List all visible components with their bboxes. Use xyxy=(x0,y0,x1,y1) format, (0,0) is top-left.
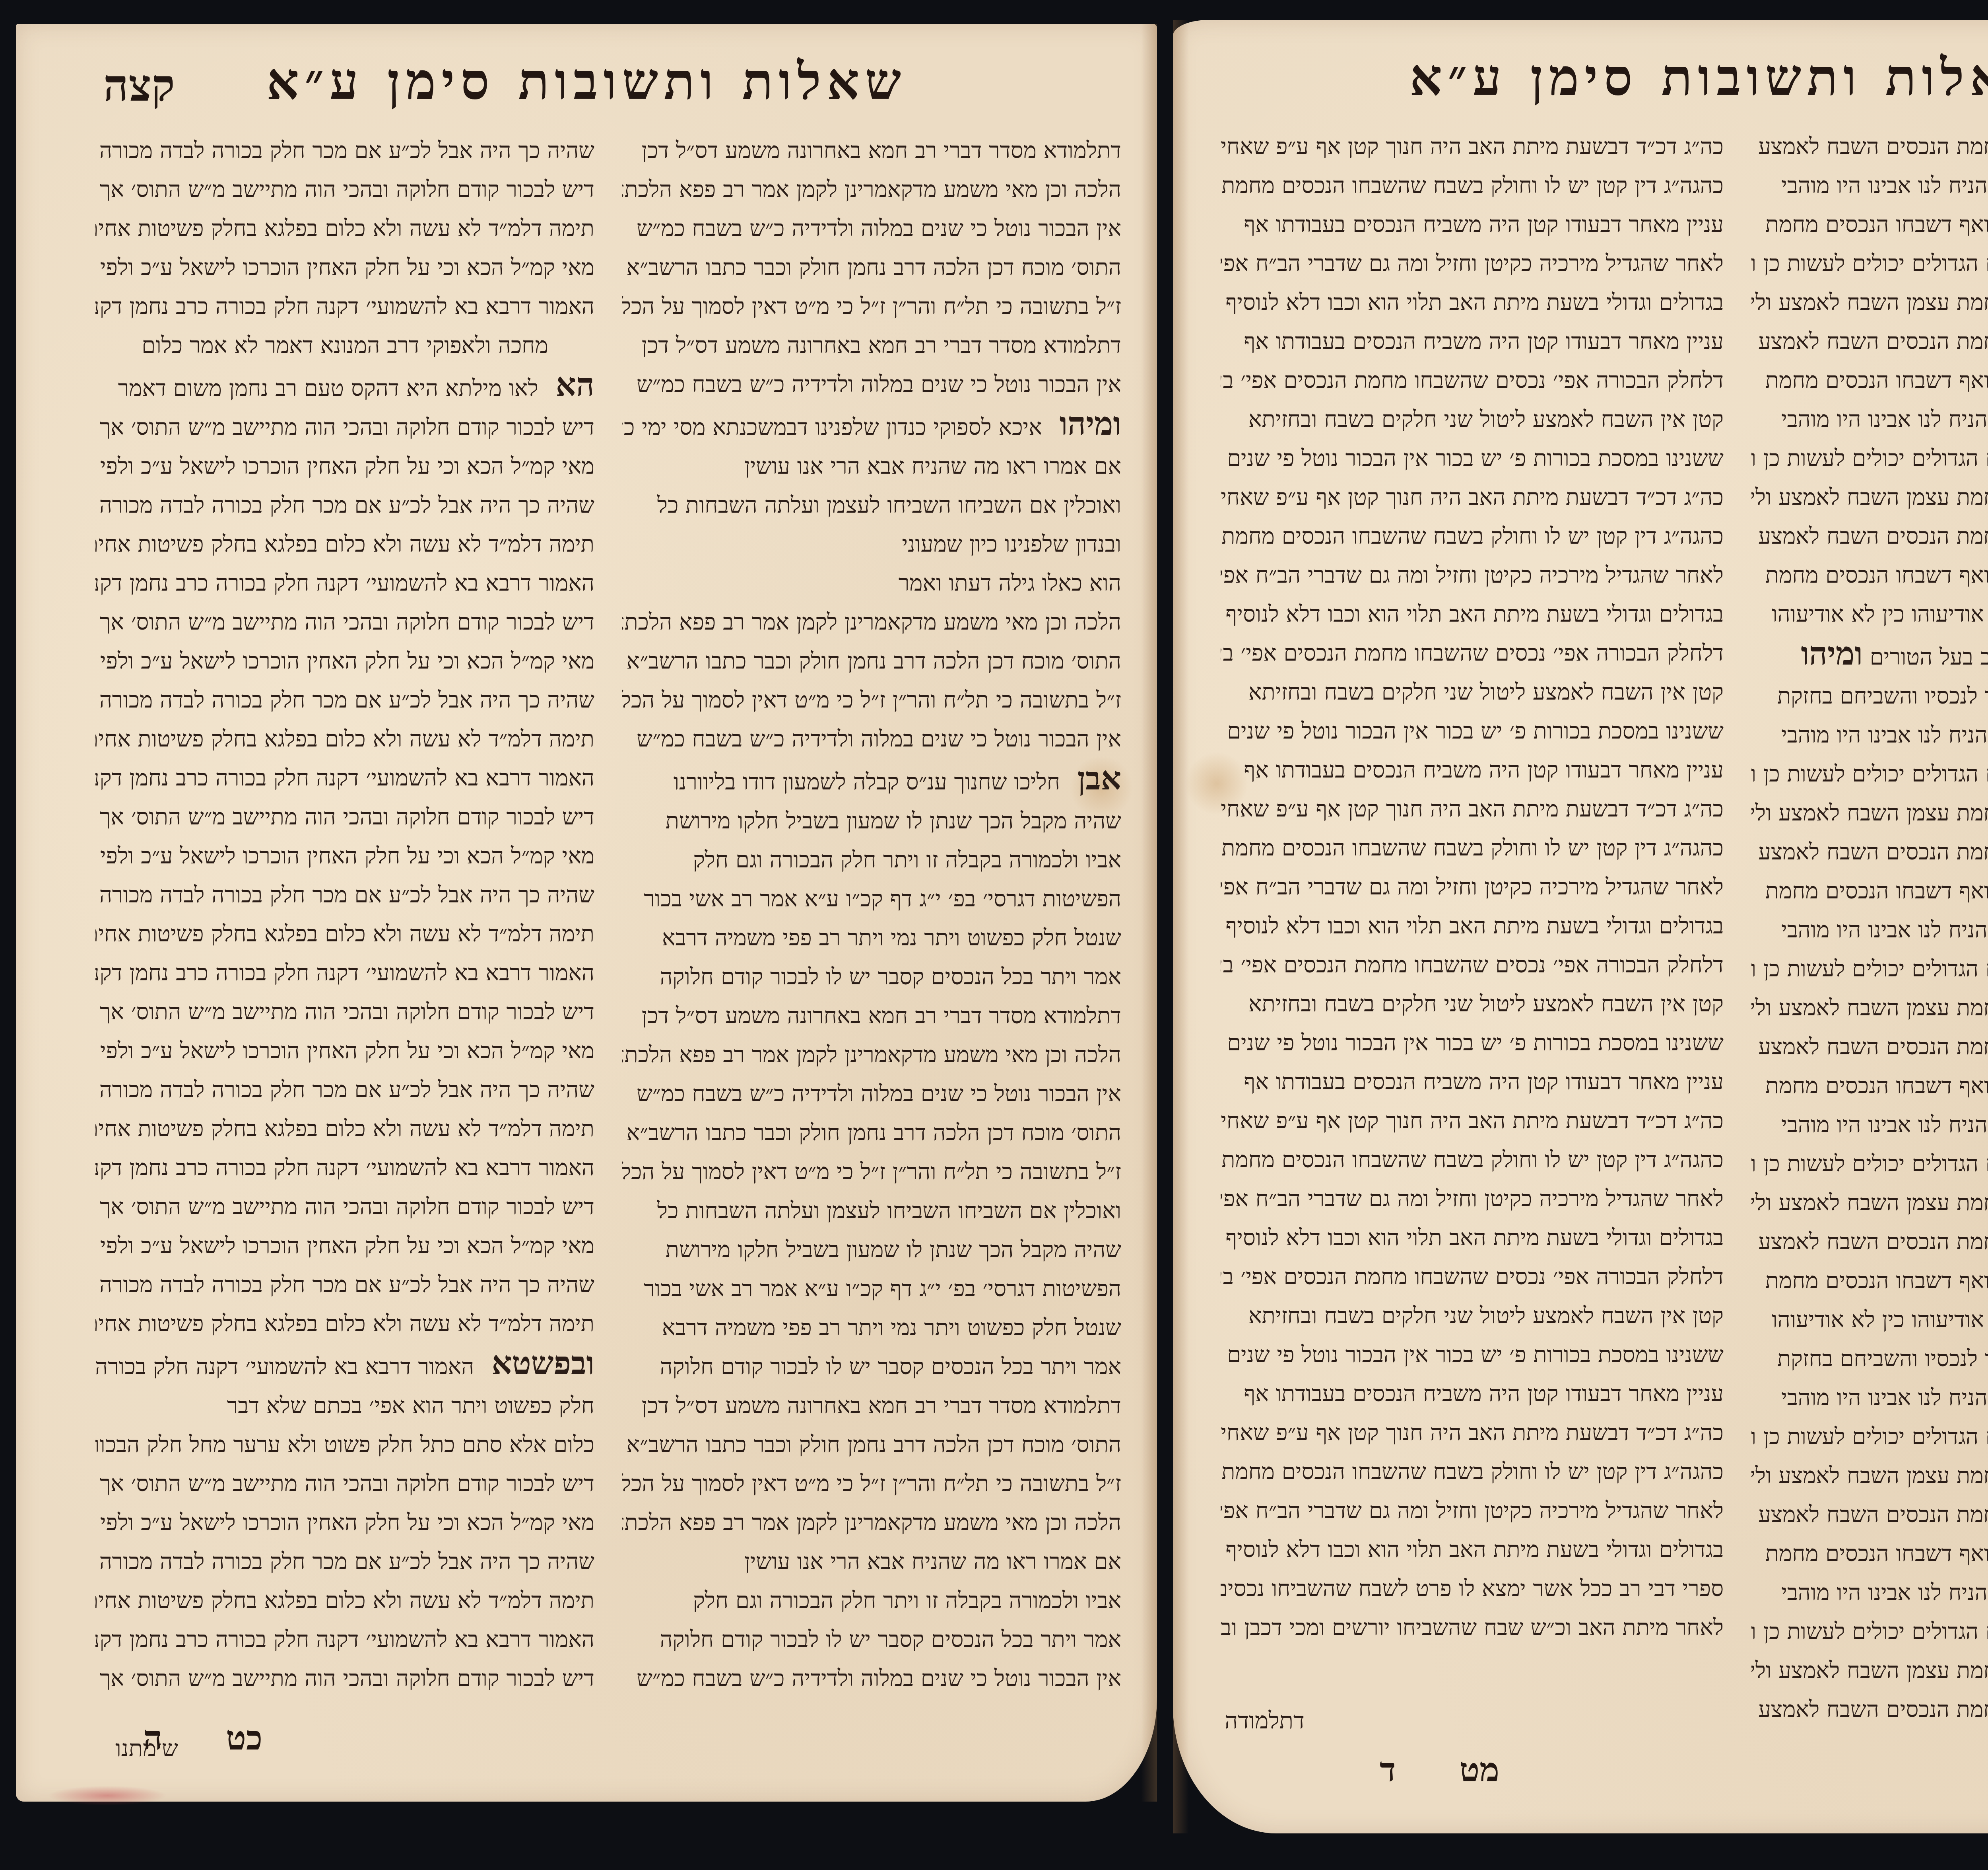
text-line: האמור דרבא בא להשמועי׳ דקנה חלק בכורה כר… xyxy=(95,759,594,798)
text-line: תימה דלמ״ד לא עשה ולא כלום בפלגא בחלק פש… xyxy=(95,915,594,954)
text-line: הקטנים מטכירים להם פועלים ואף דשבחו הנכס… xyxy=(1751,1067,1988,1106)
running-head: שאלות ותשובות סימן ע״א xyxy=(16,52,1157,111)
text-line: שנטל חלק כפשוט ויתר נמי ויתר רב פפי משמי… xyxy=(622,1308,1121,1347)
text-line: ואוכלין אם השביחו השביחו לעצמן ועלתה השב… xyxy=(622,486,1121,525)
text-line: תימה דלמ״ד לא עשה ולא כלום בפלגא בחלק פש… xyxy=(95,1110,594,1149)
section-lead-word: ומיהו xyxy=(1801,635,1863,672)
text-line: שהיה כך היה אבל לכ״ע אם מכר חלק בכורה לב… xyxy=(95,1542,594,1581)
text-line: דבגדולים וגדולים אפי׳ שבחו מחמת עצמן השב… xyxy=(1751,283,1988,322)
text-line: אין הבכור נוטל כי שנים במלוה ולדידיה כ״ש… xyxy=(622,720,1121,759)
text-line: מפני שאם היה לומר ראו מה שהניח לנו אבינו… xyxy=(1751,1573,1988,1612)
text-line: לאחר שהגדיל מירכיה כקיטן וחזיל ומה גם שד… xyxy=(1221,868,1724,907)
text-line: שהיה כך היה אבל לכ״ע אם מכר חלק בכורה לב… xyxy=(95,486,594,525)
text-line: אין הבכור נוטל כי שנים במלוה ולדידיה כ״ש… xyxy=(622,1075,1121,1114)
text-line: עצמן הטעם הוא מפני שאחיהם הגדולים יכולים… xyxy=(1751,1612,1988,1651)
text-line: שהיה מקבל הכך שנתן לו שמעון בשביל חלקו מ… xyxy=(622,802,1121,841)
text-line: לאחר שהגדיל מירכיה כקיטן וחזיל ומה גם שד… xyxy=(1221,556,1724,595)
text-line: מכיון שטעם דשבחו הנכסים מחמת הנכסים השבח… xyxy=(1751,833,1988,872)
text-line: דלחלק הבכורה אפי׳ נכסים שהשבחו מחמת הנכס… xyxy=(1221,946,1724,985)
text-line: ששנינו במסכת בכורות פ׳ יש בכור אין הבכור… xyxy=(1221,439,1724,478)
text-line: עצמן הטעם הוא מפני שאחיהם הגדולים יכולים… xyxy=(1751,1145,1988,1184)
text-line: הוא כאלו גילה דעתו ואמר xyxy=(622,564,1121,603)
text-line: הקטנים מטכירים להם פועלים ואף דשבחו הנכס… xyxy=(1751,205,1988,244)
running-head: שאלות ותשובות סימן ע״א xyxy=(1173,48,1988,107)
text-line: הלכה וכן מאי משמע מדקאמרינן לקמן אמר רב … xyxy=(622,603,1121,642)
text-line: אם אמרו ראו מה שהניח אבא הרי אנו עושין xyxy=(622,1542,1121,1581)
edge-discoloration xyxy=(48,1786,167,1806)
text-line: כה״ג דכ״ד דבשעת מיתת האב היה חנוך קטן אף… xyxy=(1221,1413,1724,1452)
text-line: מאי קמ״ל הכא וכי על חלק האחין הוכרכו ליש… xyxy=(95,642,594,681)
text-line: עצמן הטעם הוא מפני שאחיהם הגדולים יכולים… xyxy=(1751,950,1988,989)
text-line: דיש לבכור קודם חלוקה ובהכי הוה מתיישב מ״… xyxy=(95,170,594,209)
text-line: ז״ל בתשובה כי תל״ח והר״ן ז״ל כי מ״ט דאין… xyxy=(622,1153,1121,1192)
text-line: דבגדולים וגדולים אפי׳ שבחו מחמת עצמן השב… xyxy=(1751,1651,1988,1690)
text-line: עצמן הטעם הוא מפני שאחיהם הגדולים יכולים… xyxy=(1751,1417,1988,1456)
text-line: לאחר שהגדיל מירכיה כקיטן וחזיל ומה גם שד… xyxy=(1221,1180,1724,1219)
text-line: דיש לבכור קודם חלוקה ובהכי הוה מתיישב מ״… xyxy=(95,408,594,447)
text-line: אם אמרו ראו מה שהניח אבא הרי אנו עושין xyxy=(622,447,1121,486)
text-line: איכא לספוקי כנדון שלפנינו דבמשכנתא מסי י… xyxy=(622,414,1042,440)
text-line: האמור דרבא בא להשמועי׳ דקנה חלק בכורה כר… xyxy=(95,1149,594,1188)
text-line: אין הבכור נוטל כי שנים במלוה ולדידיה כ״ש… xyxy=(622,365,1121,404)
text-columns: מכיון שטעם דשבחו הנכסים מחמת הנכסים השבח… xyxy=(1221,127,1988,1730)
signature-marks: כט ה xyxy=(143,1718,262,1758)
text-line: תימה דלמ״ד לא עשה ולא כלום בפלגא בחלק פש… xyxy=(95,720,594,759)
text-line: הקטנים מטכירים להם פועלים ואף דשבחו הנכס… xyxy=(1751,1262,1988,1300)
text-line: לאחר שהגדיל מירכיה כקיטן וחזיל ומה גם שד… xyxy=(1221,244,1724,283)
text-line: דתלמודא מסדר דברי רב חמא באחרונה משמע דס… xyxy=(622,997,1121,1036)
text-line: בגדולים וגדולי בשעת מיתת האב תלוי הוא וכ… xyxy=(1221,1530,1724,1569)
text-line: לא אחילו לפי זה קשה מ״ש הרב בעל הטורים xyxy=(1870,644,1988,670)
text-line: דתלמודא מסדר דברי רב חמא באחרונה משמע דס… xyxy=(622,326,1121,365)
text-line: דיש לבכור קודם חלוקה ובהכי הוה מתיישב מ״… xyxy=(95,798,594,837)
text-line: ששנינו במסכת בכורות פ׳ יש בכור אין הבכור… xyxy=(1221,1024,1724,1063)
text-line: האמור דרבא בא להשמועי׳ דקנה חלק בכורה כר… xyxy=(95,287,594,326)
text-line: דבגדולים וגדולים אפי׳ שבחו מחמת עצמן השב… xyxy=(1751,989,1988,1028)
text-line: התוס׳ מוכח דכן הלכה דרב נחמן חולק וכבר כ… xyxy=(622,1114,1121,1153)
text-line: מפני שאם היה לומר ראו מה שהניח לנו אבינו… xyxy=(1751,911,1988,950)
text-line: כה״ג דכ״ד דבשעת מיתת האב היה חנוך קטן אף… xyxy=(1221,1102,1724,1141)
text-line: מכיון שטעם דשבחו הנכסים מחמת הנכסים השבח… xyxy=(1751,1028,1988,1067)
text-line: אמר ויתר בכל הנכסים קסבר יש לו לבכור קוד… xyxy=(622,1347,1121,1386)
text-line: קטן אין השבח לאמצע ליטול שני חלקים בשבח … xyxy=(1221,1297,1724,1335)
text-line: האמור דרבא בא להשמועי׳ דקנה חלק בכורה כר… xyxy=(95,954,594,993)
text-line: מכיון שטעם דשבחו הנכסים מחמת הנכסים השבח… xyxy=(1751,1223,1988,1262)
text-line: דיש לבכור קודם חלוקה ובהכי הוה מתיישב מ״… xyxy=(95,1464,594,1503)
text-line: קטן אין השבח לאמצע ליטול שני חלקים בשבח … xyxy=(1221,673,1724,712)
text-line: ואוכלין אם השביחו השביחו לעצמן ועלתה השב… xyxy=(622,1192,1121,1230)
signature-number: כט xyxy=(226,1718,262,1758)
text-line: מכיון שטעם דשבחו הנכסים מחמת הנכסים השבח… xyxy=(1751,1690,1988,1729)
signature-marks: מט ד xyxy=(1380,1750,1499,1790)
column-left: כה״ג דכ״ד דבשעת מיתת האב היה חנוך קטן אף… xyxy=(1221,127,1724,1730)
text-line: ספרי דבי רב ככל אשר ימצא לו פרט לשבח שהש… xyxy=(1221,1569,1724,1608)
text-line: לאחר מיתת האב וכ״ש שבח שהשביחו יורשים ומ… xyxy=(1221,1608,1724,1647)
text-line: כה״ג דכ״ד דבשעת מיתת האב היה חנוך קטן אף… xyxy=(1221,790,1724,829)
text-line: כהגה״ג דין קטן יש לו וחולק בשבח שהשבחו ה… xyxy=(1221,517,1724,556)
text-line: מפני שאם היה לומר ראו מה שהניח לנו אבינו… xyxy=(1751,166,1988,205)
text-line: הקטנים מטכירים להם פועלים ואף דשבחו הנכס… xyxy=(1751,872,1988,911)
text-line: תימה דלמ״ד לא עשה ולא כלום בפלגא בחלק פש… xyxy=(95,1581,594,1620)
text-line: הקטנים מטכירים להם פועלים ואף דשבחו הנכס… xyxy=(1751,556,1988,595)
text-line: מפני שאם היה לומר ראו מה שהניח לנו אבינו… xyxy=(1751,1378,1988,1417)
text-line: ששנינו במסכת בכורות פ׳ יש בכור אין הבכור… xyxy=(1221,1335,1724,1374)
page-number: קצה xyxy=(103,60,175,111)
text-line: ז״ל בתשובה כי תל״ח והר״ן ז״ל כי מ״ט דאין… xyxy=(622,1464,1121,1503)
text-line: אין הבכור נוטל כי שנים במלוה ולדידיה כ״ש… xyxy=(622,209,1121,248)
text-line: שהיה כך היה אבל לכ״ע אם מכר חלק בכורה לב… xyxy=(95,1071,594,1110)
text-line: מאי קמ״ל הכא וכי על חלק האחין הוכרכו ליש… xyxy=(95,248,594,287)
text-line: כה״ג דכ״ד דבשעת מיתת האב היה חנוך קטן אף… xyxy=(1221,127,1724,166)
text-line: עצמן הטעם הוא מפני שאחיהם הגדולים יכולים… xyxy=(1751,439,1988,478)
text-line: מאי קמ״ל הכא וכי על חלק האחין הוכרכו ליש… xyxy=(95,1503,594,1542)
text-line: עצמן הטעם הוא מפני שאחיהם הגדולים יכולים… xyxy=(1751,244,1988,283)
text-line: דבגדולים וגדולים אפי׳ שבחו מחמת עצמן השב… xyxy=(1751,1184,1988,1223)
text-line: מחכה ולאפוקי דרב המנונא דאמר לא אמר כלום xyxy=(95,326,594,365)
text-line: הלכה וכן מאי משמע מדקאמרינן לקמן אמר רב … xyxy=(622,1036,1121,1075)
text-line: אין הבכור נוטל כי שנים במלוה ולדידיה כ״ש… xyxy=(622,1659,1121,1698)
signature-letter: ה xyxy=(143,1718,162,1758)
text-line: חליכו שחנוך ענ״ס קבלה לשמעון דודו בליוור… xyxy=(674,769,1060,795)
text-line: שהיה כך היה אבל לכ״ע אם מכר חלק בכורה לב… xyxy=(95,1265,594,1304)
text-line: תימה דלמ״ד לא עשה ולא כלום בפלגא בחלק פש… xyxy=(95,209,594,248)
text-line: מאי קמ״ל הכא וכי על חלק האחין הוכרכו ליש… xyxy=(95,1227,594,1265)
text-line: האמור דרבא בא להשמועי׳ דקנה חלק בכורה כר… xyxy=(95,1620,594,1659)
text-line: מכיון שטעם דשבחו הנכסים מחמת הנכסים השבח… xyxy=(1751,1495,1988,1534)
text-line: דבגדולים וגדולים אפי׳ שבחו מחמת עצמן השב… xyxy=(1751,1456,1988,1495)
text-line: כהגה״ג דין קטן יש לו וחולק בשבח שהשבחו ה… xyxy=(1221,166,1724,205)
catchword: דתלמודה xyxy=(1225,1707,1305,1734)
text-line: קטן אין השבח לאמצע ליטול שני חלקים בשבח … xyxy=(1221,985,1724,1024)
text-line: מפני שאם היה לומר ראו מה שהניח לנו אבינו… xyxy=(1751,1106,1988,1145)
section-lead-word: הא xyxy=(556,366,594,403)
text-line: בגדולים וגדולי בשעת מיתת האב תלוי הוא וכ… xyxy=(1221,1219,1724,1258)
text-line: האמור דרבא בא להשמועי׳ דקנה חלק בכורה כר… xyxy=(95,1354,474,1380)
text-line: עצמן הטעם הוא מפני שאחיהם הגדולים יכולים… xyxy=(1751,755,1988,794)
section-lead-word: אבן xyxy=(1077,760,1121,797)
text-line: תימה דלמ״ד לא עשה ולא כלום בפלגא בחלק פש… xyxy=(95,525,594,564)
text-line: הקטנים מטכירים להם פועלים ואף דשבחו הנכס… xyxy=(1751,361,1988,400)
text-line: התוס׳ מוכח דכן הלכה דרב נחמן חולק וכבר כ… xyxy=(622,1425,1121,1464)
text-line: הלכה וכן מאי משמע מדקאמרינן לקמן אמר רב … xyxy=(622,1503,1121,1542)
signature-letter: ד xyxy=(1380,1750,1396,1790)
text-line: דבגדולים וגדולים אפי׳ שבחו מחמת עצמן השב… xyxy=(1751,794,1988,833)
text-line: כהגה״ג דין קטן יש לו וחולק בשבח שהשבחו ה… xyxy=(1221,829,1724,868)
text-line: עניין מאחר דבעודו קטן היה משביח הנכסים ב… xyxy=(1221,1063,1724,1102)
text-line: מאי קמ״ל הכא וכי על חלק האחין הוכרכו ליש… xyxy=(95,837,594,876)
text-line: דלחלק הבכורה אפי׳ נכסים שהשבחו מחמת הנכס… xyxy=(1221,634,1724,673)
text-line: עניין מאחר דבעודו קטן היה משביח הנכסים ב… xyxy=(1221,205,1724,244)
text-line: אביו ולכמורה בקבלה זו ויתר חלק הבכורה וג… xyxy=(622,1581,1121,1620)
text-line: שהיה כך היה אבל לכ״ע אם מכר חלק בכורה לב… xyxy=(95,681,594,720)
text-line: הקטנים מטכירים להם פועלים ואף דשבחו הנכס… xyxy=(1751,1534,1988,1573)
text-line: לאחר שהגדיל מירכיה כקיטן וחזיל ומה גם שד… xyxy=(1221,1491,1724,1530)
text-line: התוס׳ מוכח דכן הלכה דרב נחמן חולק וכבר כ… xyxy=(622,248,1121,287)
text-line: אמר ויתר בכל הנכסים קסבר יש לו לבכור קוד… xyxy=(622,1620,1121,1659)
signature-number: מט xyxy=(1459,1750,1499,1790)
text-line: התוס׳ מוכח דכן הלכה דרב נחמן חולק וכבר כ… xyxy=(622,642,1121,681)
text-line: ששנינו במסכת בכורות פ׳ יש בכור אין הבכור… xyxy=(1221,712,1724,751)
text-line: עניין מאחר דבעודו קטן היה משביח הנכסים ב… xyxy=(1221,1374,1724,1413)
text-line: הנכסים מחמת עצמן לעולם כין אודיעוהו כין … xyxy=(1751,595,1988,634)
text-line: מכיון שטעם דשבחו הנכסים מחמת הנכסים השבח… xyxy=(1751,517,1988,556)
text-line: מאי קמ״ל הכא וכי על חלק האחין הוכרכו ליש… xyxy=(95,1032,594,1071)
text-line: מכיון שטעם דשבחו הנכסים מחמת הנכסים השבח… xyxy=(1751,127,1988,166)
text-line: כלום אלא סתם כתל חלק פשוט ולא ערער מחל ח… xyxy=(95,1425,594,1464)
text-line: דיש לבכור קודם חלוקה ובהכי הוה מתיישב מ״… xyxy=(95,1188,594,1227)
text-line: שהיה מקבל הכך שנתן לו שמעון בשביל חלקו מ… xyxy=(622,1230,1121,1269)
text-line: עניין מאחר דבעודו קטן היה משביח הנכסים ב… xyxy=(1221,322,1724,361)
text-line: בגדולים וגדולי בשעת מיתת האב תלוי הוא וכ… xyxy=(1221,595,1724,634)
gutter-shadow xyxy=(1173,20,1189,1833)
gutter-shadow xyxy=(1141,24,1157,1802)
text-line: לאו מילתא היא דהקס טעם רב נחמן משום דאמר xyxy=(118,375,538,401)
text-line: חלק כפשוט ויתר הוא אפי׳ בכתם שלא דבר xyxy=(95,1386,594,1425)
text-line: קטן אין השבח לאמצע ליטול שני חלקים בשבח … xyxy=(1221,400,1724,439)
text-line: שהיה כך היה אבל לכ״ע אם מכר חלק בכורה לב… xyxy=(95,876,594,915)
section-lead-word: ומיהו xyxy=(1060,405,1121,442)
text-line: שהיה כך היה אבל לכ״ע אם מכר חלק בכורה לב… xyxy=(95,131,594,170)
text-line: מכיון שטעם דשבחו הנכסים מחמת הנכסים השבח… xyxy=(1751,322,1988,361)
text-line: אביו ולכמורה בקבלה זו ויתר חלק הבכורה וג… xyxy=(622,841,1121,880)
text-line: שנטל חלק כפשוט ויתר נמי ויתר רב פפי משמי… xyxy=(622,919,1121,958)
text-line: בסוף סי׳ ס״ו מי שמת אביו ויורד לנכסיו וה… xyxy=(1751,677,1988,716)
text-line: דיש לבכור קודם חלוקה ובהכי הוה מתיישב מ״… xyxy=(95,1659,594,1698)
text-line: האמור דרבא בא להשמועי׳ דקנה חלק בכורה כר… xyxy=(95,564,594,603)
right-page: שאלות ותשובות סימן ע״א מכיון שטעם דשבחו … xyxy=(1173,20,1988,1833)
text-line: הפשיטות דגרסי׳ בפ׳ י״ג דף קכ״ו ע״א אמר ר… xyxy=(622,880,1121,919)
text-line: דבגדולים וגדולים אפי׳ שבחו מחמת עצמן השב… xyxy=(1751,478,1988,517)
text-line: הפשיטות דגרסי׳ בפ׳ י״ג דף קכ״ו ע״א אמר ר… xyxy=(622,1269,1121,1308)
text-line: תימה דלמ״ד לא עשה ולא כלום בפלגא בחלק פש… xyxy=(95,1304,594,1343)
text-line: דתלמודא מסדר דברי רב חמא באחרונה משמע דס… xyxy=(622,131,1121,170)
text-line: ובנדון שלפנינו כיון שמעוני xyxy=(622,525,1121,564)
text-line: דלחלק הבכורה אפי׳ נכסים שהשבחו מחמת הנכס… xyxy=(1221,1258,1724,1297)
text-line: מפני שאם היה לומר ראו מה שהניח לנו אבינו… xyxy=(1751,716,1988,755)
text-line: בסוף סי׳ ס״ו מי שמת אביו ויורד לנכסיו וה… xyxy=(1751,1339,1988,1378)
text-line: אמר ויתר בכל הנכסים קסבר יש לו לבכור קוד… xyxy=(622,958,1121,997)
left-page: שאלות ותשובות סימן ע״א קצה דתלמודא מסדר … xyxy=(16,24,1157,1802)
text-line: עניין מאחר דבעודו קטן היה משביח הנכסים ב… xyxy=(1221,751,1724,790)
text-columns: דתלמודא מסדר דברי רב חמא באחרונה משמע דס… xyxy=(95,131,1121,1698)
column-right: דתלמודא מסדר דברי רב חמא באחרונה משמע דס… xyxy=(622,131,1121,1698)
text-line: כהגה״ג דין קטן יש לו וחולק בשבח שהשבחו ה… xyxy=(1221,1452,1724,1491)
text-line: כה״ג דכ״ד דבשעת מיתת האב היה חנוך קטן אף… xyxy=(1221,478,1724,517)
text-line: דלחלק הבכורה אפי׳ נכסים שהשבחו מחמת הנכס… xyxy=(1221,361,1724,400)
text-line: דתלמודא מסדר דברי רב חמא באחרונה משמע דס… xyxy=(622,1386,1121,1425)
text-line: ז״ל בתשובה כי תל״ח והר״ן ז״ל כי מ״ט דאין… xyxy=(622,681,1121,720)
text-line: דיש לבכור קודם חלוקה ובהכי הוה מתיישב מ״… xyxy=(95,993,594,1032)
column-left: שהיה כך היה אבל לכ״ע אם מכר חלק בכורה לב… xyxy=(95,131,594,1698)
text-line: בגדולים וגדולי בשעת מיתת האב תלוי הוא וכ… xyxy=(1221,907,1724,946)
section-lead-word: ובפשטא xyxy=(491,1344,594,1382)
column-right: מכיון שטעם דשבחו הנכסים מחמת הנכסים השבח… xyxy=(1751,127,1988,1730)
text-line: ז״ל בתשובה כי תל״ח והר״ן ז״ל כי מ״ט דאין… xyxy=(622,287,1121,326)
text-line: דיש לבכור קודם חלוקה ובהכי הוה מתיישב מ״… xyxy=(95,603,594,642)
text-line: הלכה וכן מאי משמע מדקאמרינן לקמן אמר רב … xyxy=(622,170,1121,209)
text-line: כהגה״ג דין קטן יש לו וחולק בשבח שהשבחו ה… xyxy=(1221,1141,1724,1180)
text-line: מפני שאם היה לומר ראו מה שהניח לנו אבינו… xyxy=(1751,400,1988,439)
text-line: הנכסים מחמת עצמן לעולם כין אודיעוהו כין … xyxy=(1751,1300,1988,1339)
text-line: מאי קמ״ל הכא וכי על חלק האחין הוכרכו ליש… xyxy=(95,447,594,486)
text-line: בגדולים וגדולי בשעת מיתת האב תלוי הוא וכ… xyxy=(1221,283,1724,322)
